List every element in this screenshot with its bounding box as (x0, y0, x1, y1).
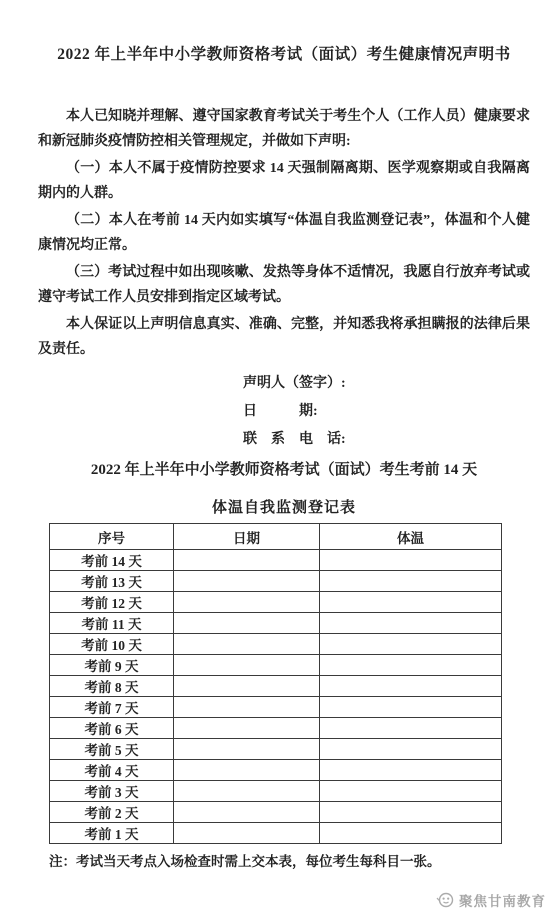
row-seq-label: 考前 5 天 (50, 739, 174, 760)
table-row: 考前 9 天 (50, 655, 502, 676)
row-date-cell (174, 655, 320, 676)
declaration-paragraphs: 本人已知晓并理解、遵守国家教育考试关于考生个人（工作人员）健康要求和新冠肺炎疫情… (38, 104, 530, 362)
row-temp-cell (320, 760, 502, 781)
monitor-table-title-line1: 2022 年上半年中小学教师资格考试（面试）考生考前 14 天 (38, 460, 530, 480)
row-temp-cell (320, 676, 502, 697)
monitor-table-body: 考前 14 天考前 13 天考前 12 天考前 11 天考前 10 天考前 9 … (50, 550, 502, 844)
signature-block: 声明人（签字）: 日 期: 联 系 电 话: (243, 370, 530, 454)
watermark-text: 聚焦甘南教育 (459, 890, 546, 910)
row-date-cell (174, 697, 320, 718)
row-date-cell (174, 634, 320, 655)
header-seq: 序号 (50, 524, 174, 550)
row-seq-label: 考前 11 天 (50, 613, 174, 634)
row-temp-cell (320, 571, 502, 592)
row-seq-label: 考前 4 天 (50, 760, 174, 781)
row-seq-label: 考前 6 天 (50, 718, 174, 739)
declaration-item-2: （二）本人在考前 14 天内如实填写“体温自我监测登记表”，体温和个人健康情况均… (38, 208, 530, 258)
table-row: 考前 13 天 (50, 571, 502, 592)
row-temp-cell (320, 739, 502, 760)
watermark: 聚焦甘南教育 (435, 890, 546, 910)
row-date-cell (174, 592, 320, 613)
declaration-item-1: （一）本人不属于疫情防控要求 14 天强制隔离期、医学观察期或自我隔离期内的人群… (38, 156, 530, 206)
header-date: 日期 (174, 524, 320, 550)
row-temp-cell (320, 823, 502, 844)
table-row: 考前 8 天 (50, 676, 502, 697)
row-seq-label: 考前 9 天 (50, 655, 174, 676)
declaration-guarantee-paragraph: 本人保证以上声明信息真实、准确、完整，并知悉我将承担瞒报的法律后果及责任。 (38, 312, 530, 362)
row-date-cell (174, 613, 320, 634)
document-content: 2022 年上半年中小学教师资格考试（面试）考生健康情况声明书 本人已知晓并理解… (0, 45, 560, 871)
row-seq-label: 考前 1 天 (50, 823, 174, 844)
row-temp-cell (320, 781, 502, 802)
row-temp-cell (320, 802, 502, 823)
temperature-monitor-table: 序号 日期 体温 考前 14 天考前 13 天考前 12 天考前 11 天考前 … (49, 523, 502, 844)
row-date-cell (174, 781, 320, 802)
table-row: 考前 14 天 (50, 550, 502, 571)
table-row: 考前 5 天 (50, 739, 502, 760)
row-date-cell (174, 718, 320, 739)
row-date-cell (174, 760, 320, 781)
row-date-cell (174, 739, 320, 760)
row-seq-label: 考前 10 天 (50, 634, 174, 655)
table-row: 考前 4 天 (50, 760, 502, 781)
health-declaration-document: 2022 年上半年中小学教师资格考试（面试）考生健康情况声明书 本人已知晓并理解… (0, 0, 560, 922)
row-temp-cell (320, 718, 502, 739)
declaration-intro-paragraph: 本人已知晓并理解、遵守国家教育考试关于考生个人（工作人员）健康要求和新冠肺炎疫情… (38, 104, 530, 154)
table-row: 考前 1 天 (50, 823, 502, 844)
document-title: 2022 年上半年中小学教师资格考试（面试）考生健康情况声明书 (38, 45, 530, 65)
row-temp-cell (320, 550, 502, 571)
row-date-cell (174, 823, 320, 844)
table-row: 考前 3 天 (50, 781, 502, 802)
row-temp-cell (320, 634, 502, 655)
row-date-cell (174, 550, 320, 571)
declaration-item-3: （三）考试过程中如出现咳嗽、发热等身体不适情况，我愿自行放弃考试或遵守考试工作人… (38, 260, 530, 310)
row-temp-cell (320, 697, 502, 718)
footnote: 注：考试当天考点入场检查时需上交本表，每位考生每科目一张。 (49, 853, 530, 871)
publisher-logo-icon (435, 890, 455, 910)
row-seq-label: 考前 3 天 (50, 781, 174, 802)
table-row: 考前 10 天 (50, 634, 502, 655)
table-header: 序号 日期 体温 (50, 524, 502, 550)
table-row: 考前 2 天 (50, 802, 502, 823)
monitor-table-title-line2: 体温自我监测登记表 (38, 498, 530, 518)
table-header-row: 序号 日期 体温 (50, 524, 502, 550)
phone-label: 联 系 电 话: (243, 426, 530, 454)
row-seq-label: 考前 12 天 (50, 592, 174, 613)
table-row: 考前 6 天 (50, 718, 502, 739)
row-temp-cell (320, 592, 502, 613)
table-row: 考前 7 天 (50, 697, 502, 718)
row-temp-cell (320, 613, 502, 634)
row-temp-cell (320, 655, 502, 676)
row-date-cell (174, 571, 320, 592)
signer-label: 声明人（签字）: (243, 370, 530, 398)
row-seq-label: 考前 2 天 (50, 802, 174, 823)
table-row: 考前 11 天 (50, 613, 502, 634)
header-temp: 体温 (320, 524, 502, 550)
row-date-cell (174, 676, 320, 697)
row-seq-label: 考前 13 天 (50, 571, 174, 592)
row-seq-label: 考前 8 天 (50, 676, 174, 697)
table-row: 考前 12 天 (50, 592, 502, 613)
row-date-cell (174, 802, 320, 823)
row-seq-label: 考前 7 天 (50, 697, 174, 718)
row-seq-label: 考前 14 天 (50, 550, 174, 571)
date-label: 日 期: (243, 398, 530, 426)
